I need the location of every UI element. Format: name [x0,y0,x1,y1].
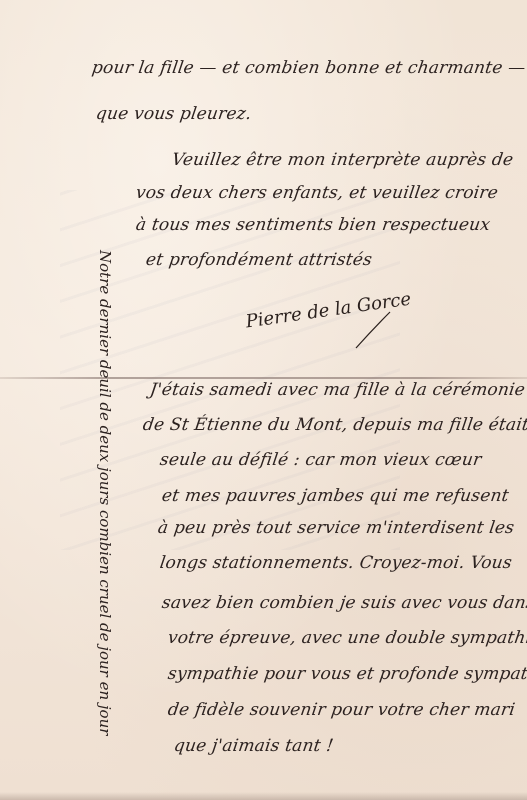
letter-line: à tous mes sentiments bien respectueux [135,215,492,235]
postscript-line: et mes pauvres jambes qui me refusent [161,486,511,506]
fold-crease [0,377,527,379]
postscript-line: sympathie pour vous et profonde sympathi… [167,664,527,684]
letter-line: Veuillez être mon interprète auprès de [171,150,515,170]
signature-flourish-icon [352,310,392,350]
postscript-line: seule au défilé : car mon vieux cœur [159,450,483,470]
postscript-line: de fidèle souvenir pour votre cher mari [167,700,517,720]
postscript-line: de St Étienne du Mont, depuis ma fille é… [142,415,527,435]
letter-line: et profondément attristés [145,250,374,270]
paper-edge [0,792,527,800]
letter-line: vos deux chers enfants, et veuillez croi… [135,183,500,203]
postscript-line: que j'aimais tant ! [173,736,335,756]
letter-line: que vous pleurez. [95,104,253,124]
postscript-line: à peu près tout service m'interdisent le… [157,518,516,538]
postscript-line: savez bien combien je suis avec vous dan… [161,593,527,613]
letter-line: pour la fille — et combien bonne et char… [91,58,527,78]
postscript-line: longs stationnements. Croyez-moi. Vous [159,553,514,573]
margin-note: Notre dernier deuil de deux jours combie… [90,250,114,670]
postscript-line: J'étais samedi avec ma fille à la cérémo… [149,380,527,400]
postscript-line: votre épreuve, avec une double sympathie… [167,628,527,648]
